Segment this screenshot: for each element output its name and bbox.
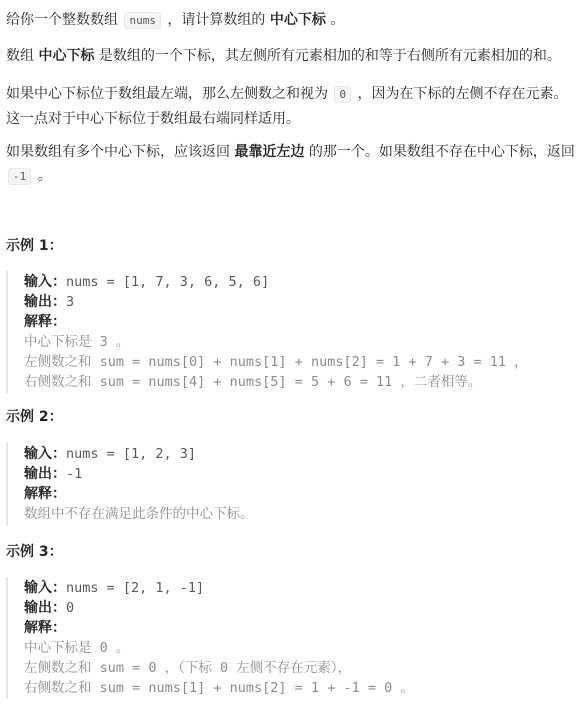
description-paragraph-4: 如果数组有多个中心下标，应该返回 最靠近左边 的那一个。如果数组不存在中心下标，…: [6, 140, 581, 189]
description-paragraph-3: 如果中心下标位于数组最左端，那么左侧数之和视为 0 ，因为在下标的左侧不存在元素…: [6, 82, 581, 131]
input-label: 输入：: [24, 274, 66, 290]
example-3-output: 输出：0: [24, 598, 576, 618]
example-2-title: 示例 2：: [6, 407, 63, 427]
inline-code-minus-one: -1: [8, 168, 31, 185]
inline-code-zero: 0: [334, 86, 351, 103]
description-paragraph-2: 数组 中心下标 是数组的一个下标，其左侧所有元素相加的和等于右侧所有元素相加的和…: [6, 44, 581, 68]
example-2-block: 输入：nums = [1, 2, 3] 输出：-1 解释： 数组中不存在满足此条…: [6, 443, 576, 525]
explain-label: 解释：: [24, 314, 66, 330]
example-2-input: 输入：nums = [1, 2, 3]: [24, 444, 576, 464]
output-label: 输出：: [24, 466, 66, 482]
bold-term-center-index: 中心下标: [270, 12, 326, 28]
text: 如果中心下标位于数组最左端，那么左侧数之和视为: [6, 86, 332, 102]
text: 。: [326, 12, 344, 28]
explain-label: 解释：: [24, 486, 66, 502]
text: 数组: [6, 48, 38, 64]
output-value: 0: [66, 600, 74, 616]
example-2-output: 输出：-1: [24, 464, 576, 484]
example-3-explain-line: 中心下标是 0 。: [24, 638, 576, 658]
input-label: 输入：: [24, 446, 66, 462]
input-value: nums = [1, 2, 3]: [66, 446, 196, 462]
bold-term-center-index: 中心下标: [38, 48, 94, 64]
input-label: 输入：: [24, 580, 66, 596]
example-3-block: 输入：nums = [2, 1, -1] 输出：0 解释： 中心下标是 0 。 …: [6, 577, 576, 699]
inline-code-nums: nums: [124, 12, 161, 29]
example-1-explain-line: 中心下标是 3 。: [24, 332, 576, 352]
example-3-explain-line: 左侧数之和 sum = 0 ，（下标 0 左侧不存在元素），: [24, 658, 576, 678]
text: 的那一个。如果数组不存在中心下标，返回: [304, 144, 574, 160]
example-1-explain-line: 右侧数之和 sum = nums[4] + nums[5] = 5 + 6 = …: [24, 372, 576, 392]
example-1-title: 示例 1：: [6, 236, 63, 256]
example-1-input: 输入：nums = [1, 7, 3, 6, 5, 6]: [24, 272, 576, 292]
text: 。: [33, 168, 51, 184]
input-value: nums = [2, 1, -1]: [66, 580, 204, 596]
example-3-explain-line: 右侧数之和 sum = nums[1] + nums[2] = 1 + -1 =…: [24, 678, 576, 698]
output-value: -1: [66, 466, 82, 482]
output-label: 输出：: [24, 600, 66, 616]
example-3-explain-label: 解释：: [24, 618, 576, 638]
example-3-input: 输入：nums = [2, 1, -1]: [24, 578, 576, 598]
example-1-explain-line: 左侧数之和 sum = nums[0] + nums[1] + nums[2] …: [24, 352, 576, 372]
bold-term-leftmost: 最靠近左边: [234, 144, 304, 160]
text: 给你一个整数数组: [6, 12, 122, 28]
example-2-explain-line: 数组中不存在满足此条件的中心下标。: [24, 504, 576, 524]
example-3-title: 示例 3：: [6, 542, 63, 562]
example-1-block: 输入：nums = [1, 7, 3, 6, 5, 6] 输出：3 解释： 中心…: [6, 271, 576, 393]
text: 是数组的一个下标，其左侧所有元素相加的和等于右侧所有元素相加的和。: [94, 48, 560, 64]
description-paragraph-1: 给你一个整数数组 nums ，请计算数组的 中心下标 。: [6, 8, 581, 33]
input-value: nums = [1, 7, 3, 6, 5, 6]: [66, 274, 269, 290]
text: 如果数组有多个中心下标，应该返回: [6, 144, 234, 160]
text: ，请计算数组的: [163, 12, 270, 28]
output-label: 输出：: [24, 294, 66, 310]
explain-label: 解释：: [24, 620, 66, 636]
example-1-output: 输出：3: [24, 292, 576, 312]
output-value: 3: [66, 294, 74, 310]
example-2-explain-label: 解释：: [24, 484, 576, 504]
example-1-explain-label: 解释：: [24, 312, 576, 332]
